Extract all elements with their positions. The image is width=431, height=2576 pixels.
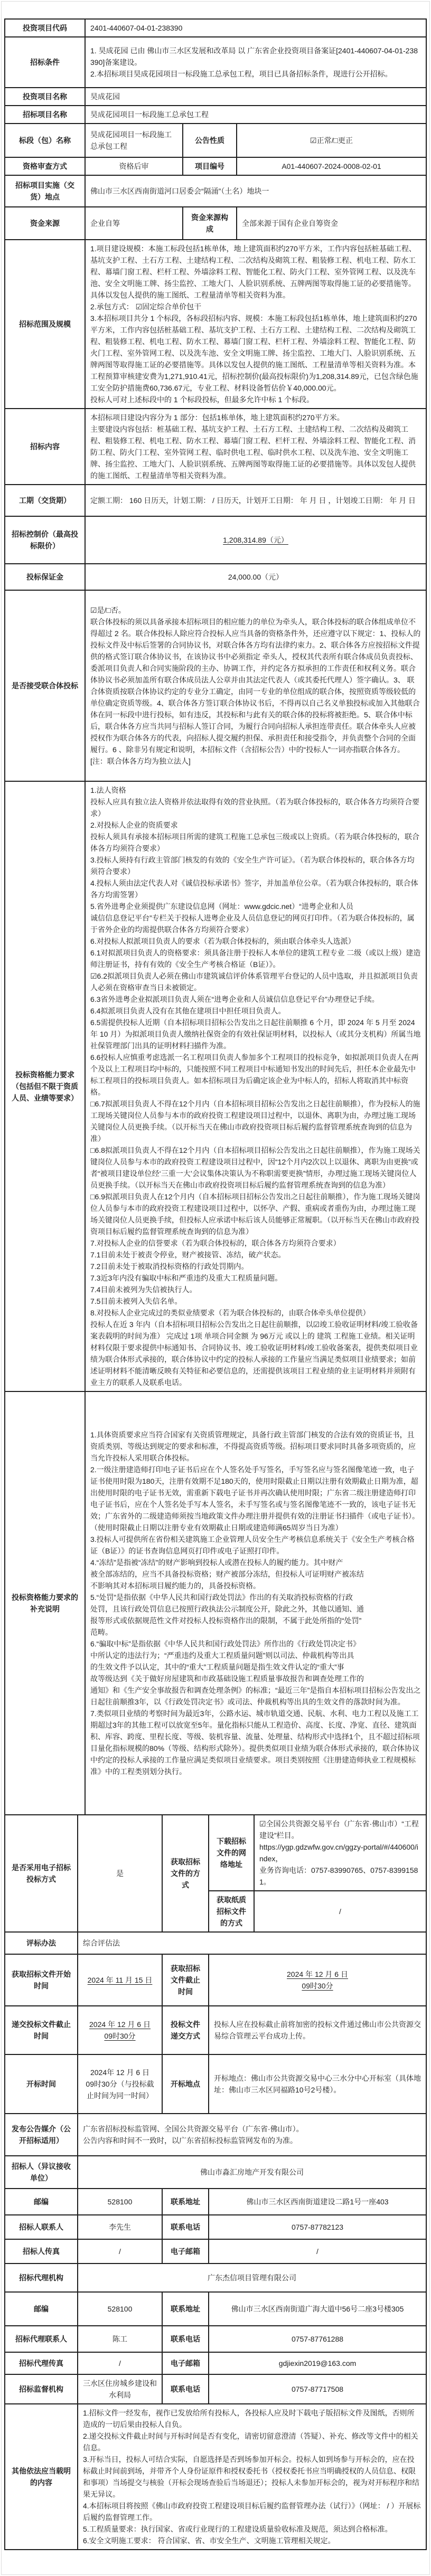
agency-postcode-value: 528100 <box>77 2293 162 2325</box>
section-name-value: ☑正常/□更正 <box>236 124 426 157</box>
bid-bond-row: 投标保证金24,000.00（元） <box>5 563 426 590</box>
agency-postcode-row: 邮编528100联系地址佛山市三水区西南街道广海大道中56号二座3号楼305 <box>5 2291 426 2325</box>
construction-period-row: 工期（交货期）定额工期： 160 日历天，计划工期： / 日历天，计划开工日期：… <box>5 484 426 516</box>
fund-source-label: 资金来源构成 <box>182 207 236 239</box>
agency-name: 广东杰信项目管理有限公司 <box>77 2264 426 2291</box>
delivery-place-value: 佛山市三水区西南街道河口居委会“隔涌”（土名）地块一 <box>85 176 426 206</box>
bid-opening-label: 开标地点 <box>162 2055 208 2113</box>
page-frame: 投资项目代码2401-440607-04-01-238390招标条件1. 昊成花… <box>1 1 430 2575</box>
other-required-content-label: 其他依法应当载明的内容 <box>5 2404 77 2549</box>
bid-opening-row: 开标时间2024年 12 月 6 日 09时30分（与投标截止时间为同一时间）开… <box>5 2054 426 2113</box>
fund-source-value: 企业自筹 <box>85 207 182 239</box>
supervision-agency-label: 联系电话 <box>162 2375 208 2403</box>
agency-contact-row: 招标代理联系人陈工联系电话0757-87761288 <box>5 2325 426 2352</box>
control-price-value: 1,208,314.89（元） <box>85 517 426 563</box>
tenderer-postcode-label: 联系地址 <box>162 2189 208 2214</box>
supervision-agency-label: 招标监督机构 <box>5 2375 77 2403</box>
investment-project-name-label: 投资项目名称 <box>5 88 85 105</box>
investment-project-name-row: 投资项目名称昊成花园 <box>5 87 426 105</box>
bidder-qualification-value: 1.法人资格 投标人应具有独立法人资格并依法取得有效的营业执照。（若为联合体投标… <box>85 782 426 1391</box>
bidder-qualification-label: 投标资格能力要求（包括但不限于资质人员、业绩等要求） <box>5 782 85 1391</box>
agency-fax-label: 电子邮箱 <box>162 2353 208 2374</box>
bid-opening-value: 2024年 12 月 6 日 09时30分（与投标截止时间为同一时间） <box>77 2055 162 2113</box>
document-obtain-time-value: 2024 年 12 月 6 日 09时30分 <box>208 1955 426 2005</box>
bid-submission-row: 递交投标文件截止时间2024 年 12 月 6 日 09时30分投标文件递交方式… <box>5 2005 426 2054</box>
bid-bond-value: 24,000.00（元） <box>85 564 426 590</box>
tender-conditions-value: 1. 昊成花园 已由 佛山市三水区发展和改革局 以 广东省企业投资项目备案证[2… <box>85 37 426 87</box>
bid-submission-value: 2024 年 12 月 6 日 09时30分 <box>77 2006 162 2054</box>
agency-contact-label: 联系电话 <box>162 2326 208 2352</box>
qualification-review-label: 项目编号 <box>182 158 236 175</box>
paper-document-label-row: 获取纸质招标文件的方式/ <box>209 1890 426 1931</box>
other-required-content-value: 1.招标文件一经发布，视作已发放给所有投标人，各投标人应及时下载电子版招标文件及… <box>77 2404 426 2549</box>
construction-period-label: 工期（交货期） <box>5 485 85 516</box>
tenderer-email: / <box>208 2240 426 2263</box>
document-obtain-time-value: 2024 年 11 月 15 日 <box>77 1955 162 2005</box>
consortium-bidding-label: 是否接受联合体投标 <box>5 591 85 781</box>
delivery-place-row: 招标项目实施（交货）地点佛山市三水区西南街道河口居委会“隔涌”（土名）地块一 <box>5 175 426 206</box>
evaluation-method-row: 评标办法综合评估法 <box>5 1931 426 1954</box>
control-price-row: 招标控制价（最高投标限价）1,208,314.89（元） <box>5 516 426 563</box>
tenderer-postcode-row: 邮编528100联系地址佛山市三水区西南街道建设二路1号一座403 <box>5 2188 426 2214</box>
tender-scope-value: 1.项目建设规模：本施工标段包括1栋单体，地上建筑面积约270平方米，工作内容包… <box>85 240 426 408</box>
evaluation-method-value: 综合评估法 <box>77 1933 426 1954</box>
tender-announcement-table: 投资项目代码2401-440607-04-01-238390招标条件1. 昊成花… <box>4 18 427 2550</box>
tenderer-postcode-value: 528100 <box>77 2189 162 2214</box>
electronic-bidding-label: 获取招标文件的方式 <box>162 1815 208 1931</box>
bid-submission-label: 投标文件递交方式 <box>162 2006 208 2054</box>
agency-address: 佛山市三水区西南街道广海大道中56号二座3号楼305 <box>208 2293 426 2325</box>
tenderer-address: 佛山市三水区西南街道建设二路1号一座403 <box>208 2189 426 2214</box>
evaluation-method-label: 评标办法 <box>5 1933 77 1954</box>
supervision-agency-name: 三水区住房城乡建设和水利局 <box>77 2375 162 2403</box>
electronic-bidding-row: 是否采用电子招标投标方式是获取招标文件的方式下载招标文件的网络地址☑全国公共资源… <box>5 1814 426 1931</box>
document-obtain-time-label: 获取招标文件开始时间 <box>5 1955 77 2005</box>
tenderer-contact-row: 招标人联系人李先生联系电话0757-87782123 <box>5 2214 426 2239</box>
qualification-supplement-label: 投标资格能力要求的补充说明 <box>5 1392 85 1814</box>
agency-fax-label: 招标代理传真 <box>5 2353 77 2374</box>
section-name-label: 标段（包）名称 <box>5 124 85 157</box>
investment-project-name-value: 昊成花园 <box>85 88 426 105</box>
electronic-bidding-value: 是 <box>77 1815 162 1931</box>
qualification-review-label: 资格审查方式 <box>5 158 85 175</box>
tender-conditions-row: 招标条件1. 昊成花园 已由 佛山市三水区发展和改革局 以 广东省企业投资项目备… <box>5 36 426 87</box>
tenderer-label: 招标人（异议接收单位） <box>5 2156 77 2188</box>
agency-postcode-label: 邮编 <box>5 2293 77 2325</box>
tenderer-row: 招标人（异议接收单位）佛山市淼汇房地产开发有限公司 <box>5 2155 426 2188</box>
tender-project-name-value: 昊成花园项目一标段施工总承包工程 <box>85 106 426 123</box>
agency-email: gdjiexin2019@163.com <box>208 2353 426 2374</box>
agency-postcode-label: 联系地址 <box>162 2293 208 2325</box>
tender-content-row: 招标内容本招标项目建设内容分为 1 部分：包括1栋单体，地上建筑面积约270平方… <box>5 408 426 484</box>
tenderer-contact-label: 招标人联系人 <box>5 2215 77 2239</box>
section-name-value: 昊成花园项目一标段施工总承包工程 <box>85 124 182 157</box>
paper-document-label: 获取纸质招标文件的方式 <box>209 1891 254 1931</box>
fund-source-row: 资金来源企业自筹资金来源构成全部来源于国有企业自筹资金 <box>5 206 426 239</box>
tender-conditions-label: 招标条件 <box>5 37 85 87</box>
tender-project-name-row: 招标项目名称昊成花园项目一标段施工总承包工程 <box>5 105 426 123</box>
bid-submission-value: 投标人应在投标截止前将加密的投标文件通过佛山市公共资源交易综合管理云平台成功上传… <box>208 2006 426 2054</box>
qualification-supplement-value: 1.具体资质要求应当符合国家有关资质管理规定，具备行政主管部门核发的合法有效的资… <box>85 1392 426 1814</box>
tender-project-name-label: 招标项目名称 <box>5 106 85 123</box>
tender-scope-label: 招标范围及规模 <box>5 240 85 408</box>
agency-fax-row: 招标代理传真/电子邮箱gdjiexin2019@163.com <box>5 2352 426 2374</box>
agency-contact-name: 陈工 <box>77 2326 162 2352</box>
bidder-qualification-row: 投标资格能力要求（包括但不限于资质人员、业绩等要求）1.法人资格 投标人应具有独… <box>5 781 426 1391</box>
download-address-label-row: 下载招标文件的网络地址☑全国公共资源交易平台（广东省·佛山市）“工程建设”栏目。… <box>209 1815 426 1890</box>
agency-contact-label: 招标代理联系人 <box>5 2326 77 2352</box>
qualification-review-row: 资格审查方式资格后审项目编号A01-440607-2024-0008-02-01 <box>5 157 426 175</box>
electronic-bidding-label: 是否采用电子招标投标方式 <box>5 1815 77 1931</box>
tenderer-fax-row: 招标人传真/电子邮箱/ <box>5 2239 426 2263</box>
tenderer-phone: 0757-87782123 <box>208 2215 426 2239</box>
bid-submission-label: 递交投标文件截止时间 <box>5 2006 77 2054</box>
agency-row: 招标代理机构广东杰信项目管理有限公司 <box>5 2263 426 2291</box>
document-obtain-time-row: 获取招标文件开始时间2024 年 11 月 15 日获取招标文件截止时间2024… <box>5 1954 426 2005</box>
investment-project-code-row: 投资项目代码2401-440607-04-01-238390 <box>5 20 426 36</box>
supervision-agency-row: 招标监督机构三水区住房城乡建设和水利局联系电话0757-87717508 <box>5 2374 426 2403</box>
agency-fax-value: / <box>77 2353 162 2374</box>
tender-scope-row: 招标范围及规模1.项目建设规模：本施工标段包括1栋单体，地上建筑面积约270平方… <box>5 239 426 408</box>
tenderer-fax-label: 招标人传真 <box>5 2240 77 2263</box>
agency-label: 招标代理机构 <box>5 2264 77 2291</box>
bid-bond-label: 投标保证金 <box>5 564 85 590</box>
fund-source-value: 全部来源于国有企业自筹资金 <box>236 207 426 239</box>
download-address-label: 下载招标文件的网络地址 <box>209 1815 254 1890</box>
other-required-content-row: 其他依法应当载明的内容1.招标文件一经发布，视作已发放给所有投标人，各投标人应及… <box>5 2403 426 2549</box>
tenderer-name: 佛山市淼汇房地产开发有限公司 <box>77 2156 426 2188</box>
qualification-review-value: A01-440607-2024-0008-02-01 <box>236 158 426 175</box>
tenderer-fax-value: / <box>77 2240 162 2263</box>
download-address-value: ☑全国公共资源交易平台（广东省·佛山市）“工程建设”栏目。 https://yg… <box>254 1815 426 1890</box>
tenderer-postcode-label: 邮编 <box>5 2189 77 2214</box>
agency-phone: 0757-87761288 <box>208 2326 426 2352</box>
fund-source-label: 资金来源 <box>5 207 85 239</box>
bid-opening-label: 开标时间 <box>5 2055 77 2113</box>
section-name-label: 公告性质 <box>182 124 236 157</box>
qualification-supplement-row: 投标资格能力要求的补充说明1.具体资质要求应当符合国家有关资质管理规定，具备行政… <box>5 1391 426 1814</box>
bid-opening-value: 开标地点：佛山市公共资源交易中心三水分中心开标室（具体地址：佛山市三水区同福路1… <box>208 2055 426 2113</box>
tender-content-label: 招标内容 <box>5 409 85 484</box>
announcement-media-value: 广东省招标投标监管网、全国公共资源交易平台（广东省·佛山市）。 公告内容和时间不… <box>77 2114 426 2155</box>
control-price-label: 招标控制价（最高投标限价） <box>5 517 85 563</box>
announcement-media-row: 发布公告媒介（公开招标适用）广东省招标投标监管网、全国公共资源交易平台（广东省·… <box>5 2113 426 2155</box>
announcement-media-label: 发布公告媒介（公开招标适用） <box>5 2114 77 2155</box>
tenderer-contact-label: 联系电话 <box>162 2215 208 2239</box>
construction-period-value: 定额工期： 160 日历天，计划工期： / 日历天，计划开工日期： 年 月 日 … <box>85 485 426 516</box>
tenderer-fax-label: 电子邮箱 <box>162 2240 208 2263</box>
consortium-bidding-row: 是否接受联合体投标☑是/□否。 联合体投标的须以具备承接本招标项目的相应能力的单… <box>5 590 426 781</box>
paper-document-value: / <box>254 1891 426 1931</box>
investment-project-code-value: 2401-440607-04-01-238390 <box>85 20 426 36</box>
qualification-review-value: 资格后审 <box>85 158 182 175</box>
tenderer-contact-name: 李先生 <box>77 2215 162 2239</box>
delivery-place-label: 招标项目实施（交货）地点 <box>5 176 85 206</box>
supervision-phone: 0757-87717508 <box>208 2375 426 2403</box>
section-name-row: 标段（包）名称昊成花园项目一标段施工总承包工程公告性质☑正常/□更正 <box>5 123 426 157</box>
investment-project-code-label: 投资项目代码 <box>5 20 85 36</box>
consortium-bidding-value: ☑是/□否。 联合体投标的须以具备承接本招标项目的相应能力的单位为牵头人，联合体… <box>85 591 426 781</box>
document-obtain-time-label: 获取招标文件截止时间 <box>162 1955 208 2005</box>
electronic-bidding-value: 下载招标文件的网络地址☑全国公共资源交易平台（广东省·佛山市）“工程建设”栏目。… <box>208 1815 426 1931</box>
tender-content-value: 本招标项目建设内容分为 1 部分：包括1栋单体，地上建筑面积约270平方米。 主… <box>85 409 426 484</box>
